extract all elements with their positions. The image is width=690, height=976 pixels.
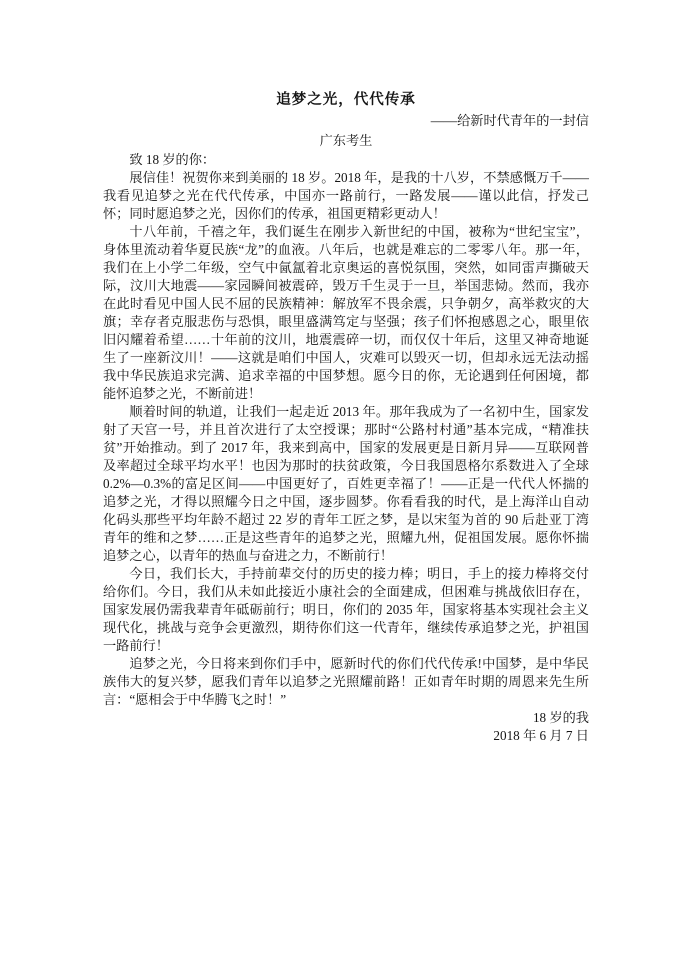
document-page: 追梦之光，代代传承 ——给新时代青年的一封信 广东考生 致 18 岁的你： 展信… xyxy=(0,0,690,976)
paragraph-2: 十八年前，千禧之年，我们诞生在刚步入新世纪的中国，被称为“世纪宝宝”，身体里流动… xyxy=(103,223,589,403)
paragraph-1: 展信佳！祝贺你来到美丽的 18 岁。2018 年，是我的十八岁，不禁感慨万千——… xyxy=(103,169,589,223)
essay-title: 追梦之光，代代传承 xyxy=(103,90,589,111)
essay-content: 追梦之光，代代传承 ——给新时代青年的一封信 广东考生 致 18 岁的你： 展信… xyxy=(103,90,589,745)
essay-subtitle: ——给新时代青年的一封信 xyxy=(103,111,589,131)
essay-author: 广东考生 xyxy=(103,131,589,151)
paragraph-4: 今日，我们长大，手持前辈交付的历史的接力棒；明日，手上的接力棒将交付给你们。今日… xyxy=(103,565,589,655)
paragraph-5: 追梦之光，今日将来到你们手中，愿新时代的你们代代传承!中国梦，是中华民族伟大的复… xyxy=(103,655,589,709)
signature-name: 18 岁的我 xyxy=(103,709,589,727)
signature-date: 2018 年 6 月 7 日 xyxy=(103,727,589,745)
paragraph-3: 顺着时间的轨道，让我们一起走近 2013 年。那年我成为了一名初中生，国家发射了… xyxy=(103,403,589,565)
salutation-line: 致 18 岁的你： xyxy=(103,151,589,169)
